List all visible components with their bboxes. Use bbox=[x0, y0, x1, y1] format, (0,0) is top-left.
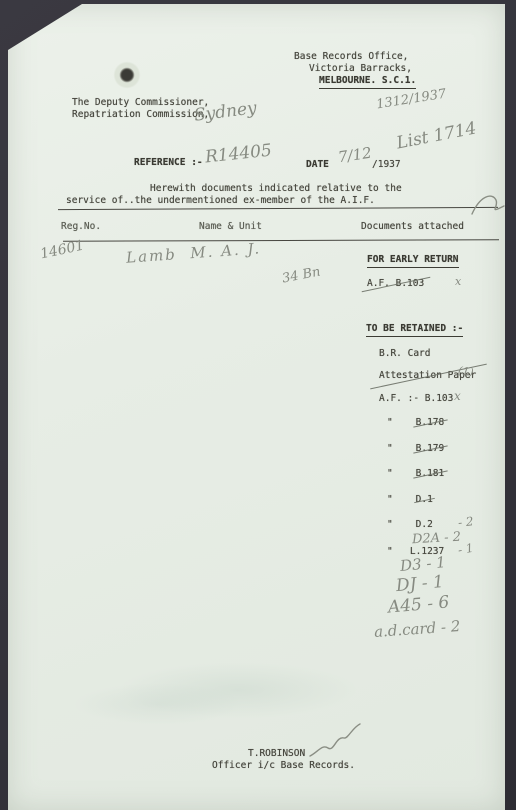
handwritten-name: Lamb M. A. J. bbox=[126, 239, 262, 266]
paper-sheet: Base Records Office, Victoria Barracks, … bbox=[8, 4, 505, 810]
ditto-row-d2: " D.2 bbox=[387, 519, 433, 531]
handwritten-reference: R14405 bbox=[204, 141, 273, 168]
ditto-mark: " bbox=[387, 519, 393, 530]
horizontal-rule-headers bbox=[63, 239, 499, 242]
af-b103-mark: x bbox=[454, 389, 461, 403]
d2a-line: D2A - 2 bbox=[412, 530, 462, 548]
handwritten-reg-no: 14601 bbox=[39, 238, 86, 263]
ditto-row-b179: " B.179 bbox=[387, 443, 444, 455]
letterhead-office: Base Records Office, bbox=[294, 51, 408, 63]
attestation-note: (1) bbox=[457, 364, 474, 379]
handwritten-date: 7/12 bbox=[337, 144, 373, 167]
body-line2: service of..the undermentioned ex-member… bbox=[66, 195, 375, 207]
retained-br-card: B.R. Card bbox=[379, 348, 430, 360]
ditto-value: D.2 bbox=[416, 519, 433, 530]
body-line1: Herewith documents indicated relative to… bbox=[150, 183, 402, 195]
ditto-mark: " bbox=[387, 494, 393, 505]
handwritten-unit: 34 Bn bbox=[281, 264, 322, 286]
l1237-note: - 1 bbox=[457, 541, 475, 557]
early-return-item: A.F. B.103 bbox=[367, 278, 424, 290]
date-label: DATE bbox=[306, 159, 329, 171]
ditto-value: B.181 bbox=[416, 468, 445, 480]
ditto-value: B.178 bbox=[416, 417, 445, 429]
ditto-row-b181: " B.181 bbox=[387, 468, 444, 480]
ditto-row-b178: " B.178 bbox=[387, 417, 444, 429]
signature-squiggle bbox=[306, 720, 366, 762]
ditto-value: D.1 bbox=[416, 494, 433, 506]
retained-af-b103: A.F. :- B.103 bbox=[379, 393, 453, 405]
ditto-mark: " bbox=[387, 546, 393, 557]
ditto-mark: " bbox=[387, 417, 393, 428]
ditto-mark: " bbox=[387, 443, 393, 454]
d2-note: - 2 bbox=[457, 514, 474, 530]
handwritten-list-number: List 1714 bbox=[395, 118, 478, 153]
handwritten-file-number: 1312/1937 bbox=[375, 87, 447, 113]
header-reg-no: Reg.No. bbox=[61, 221, 101, 233]
early-return-item-text: A.F. B.103 bbox=[367, 278, 424, 290]
adcard-line: a.d.card - 2 bbox=[373, 617, 460, 641]
ditto-row-d1: " D.1 bbox=[387, 494, 433, 506]
early-return-title: FOR EARLY RETURN bbox=[367, 254, 459, 268]
ditto-mark: " bbox=[387, 468, 393, 479]
early-return-mark: x bbox=[455, 275, 461, 288]
signature-title: Officer i/c Base Records. bbox=[212, 760, 355, 772]
a45-line: A45 - 6 bbox=[387, 592, 450, 617]
pen-flourish-rule-end bbox=[468, 190, 510, 220]
reference-label: REFERENCE :- bbox=[134, 157, 203, 169]
punch-hole bbox=[110, 60, 144, 90]
ditto-value: B.179 bbox=[416, 443, 445, 455]
retained-title: TO BE RETAINED :- bbox=[366, 323, 463, 337]
letterhead-barracks: Victoria Barracks, bbox=[309, 63, 412, 75]
letterhead-city: MELBOURNE. S.C.1. bbox=[319, 75, 416, 89]
scanned-document-page: Base Records Office, Victoria Barracks, … bbox=[0, 0, 516, 810]
horizontal-rule-top bbox=[58, 207, 498, 210]
date-year: /1937 bbox=[372, 159, 401, 171]
header-documents-attached: Documents attached bbox=[361, 221, 464, 233]
addressee-line1: The Deputy Commissioner, bbox=[72, 97, 209, 109]
addressee-line2: Repatriation Commission, bbox=[72, 109, 209, 121]
signature-name: T.ROBINSON bbox=[248, 748, 305, 760]
header-name-unit: Name & Unit bbox=[199, 221, 262, 233]
